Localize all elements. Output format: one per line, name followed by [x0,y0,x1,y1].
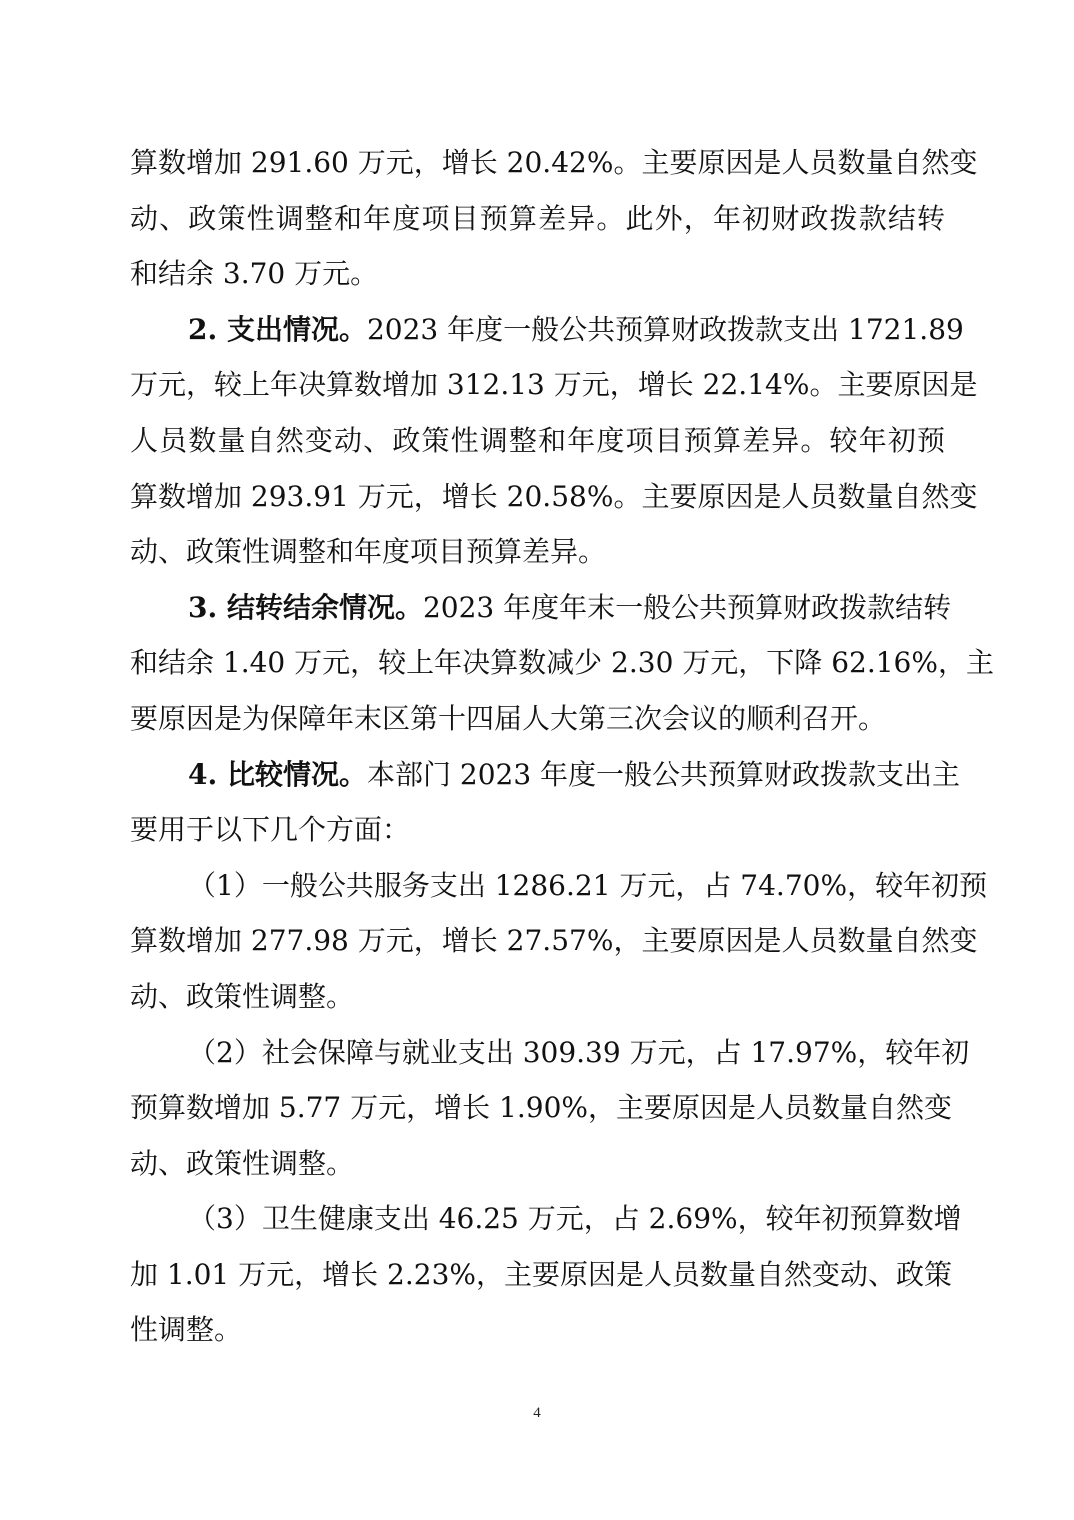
text-line: 3. 结转结余情况。2023 年度年末一般公共预算财政拨款结转 [130,580,945,636]
text-line: 2. 支出情况。2023 年度一般公共预算财政拨款支出 1721.89 [130,302,945,358]
text-line: 动、政策性调整。 [130,1136,945,1192]
text-line: 动、政策性调整和年度项目预算差异。此外，年初财政拨款结转 [130,191,945,247]
text-run: 2023 年度一般公共预算财政拨款支出 1721.89 [367,313,964,346]
text-line: 要用于以下几个方面： [130,802,945,858]
text-line: 预算数增加 5.77 万元，增长 1.90%，主要原因是人员数量自然变 [130,1080,945,1136]
paragraph-carryover: 3. 结转结余情况。2023 年度年末一般公共预算财政拨款结转 和结余 1.40… [130,580,945,747]
text-line: 和结余 1.40 万元，较上年决算数减少 2.30 万元，下降 62.16%，主 [130,635,945,691]
text-line: 加 1.01 万元，增长 2.23%，主要原因是人员数量自然变动、政策 [130,1247,945,1303]
text-run: 2023 年度年末一般公共预算财政拨款结转 [423,591,951,624]
text-line: 人员数量自然变动、政策性调整和年度项目预算差异。较年初预 [130,413,945,469]
list-item-general-public-services: （1）一般公共服务支出 1286.21 万元，占 74.70%，较年初预 算数增… [130,858,945,1025]
text-line: 和结余 3.70 万元。 [130,246,945,302]
list-item-social-security: （2）社会保障与就业支出 309.39 万元，占 17.97%，较年初 预算数增… [130,1025,945,1192]
text-line: 4. 比较情况。本部门 2023 年度一般公共预算财政拨款支出主 [130,747,945,803]
document-page: 算数增加 291.60 万元，增长 20.42%。主要原因是人员数量自然变 动、… [0,0,1074,1520]
text-line: 要原因是为保障年末区第十四届人大第三次会议的顺利召开。 [130,691,945,747]
text-line: 算数增加 277.98 万元，增长 27.57%，主要原因是人员数量自然变 [130,913,945,969]
text-line: 算数增加 293.91 万元，增长 20.58%。主要原因是人员数量自然变 [130,469,945,525]
paragraph-expenditure: 2. 支出情况。2023 年度一般公共预算财政拨款支出 1721.89 万元，较… [130,302,945,580]
text-line: 动、政策性调整和年度项目预算差异。 [130,524,945,580]
text-line: 性调整。 [130,1302,945,1358]
text-line: 动、政策性调整。 [130,969,945,1025]
page-number: 4 [0,1405,1074,1422]
text-line: （2）社会保障与就业支出 309.39 万元，占 17.97%，较年初 [130,1025,945,1081]
section-heading: 2. 支出情况。 [188,313,367,346]
paragraph-comparison: 4. 比较情况。本部门 2023 年度一般公共预算财政拨款支出主 要用于以下几个… [130,747,945,858]
text-line: （3）卫生健康支出 46.25 万元，占 2.69%，较年初预算数增 [130,1191,945,1247]
list-item-health: （3）卫生健康支出 46.25 万元，占 2.69%，较年初预算数增 加 1.0… [130,1191,945,1358]
text-line: （1）一般公共服务支出 1286.21 万元，占 74.70%，较年初预 [130,858,945,914]
section-heading: 4. 比较情况。 [188,758,367,791]
paragraph-revenue-continued: 算数增加 291.60 万元，增长 20.42%。主要原因是人员数量自然变 动、… [130,135,945,302]
text-run: 本部门 2023 年度一般公共预算财政拨款支出主 [367,758,960,791]
body-text: 算数增加 291.60 万元，增长 20.42%。主要原因是人员数量自然变 动、… [130,135,945,1358]
text-line: 算数增加 291.60 万元，增长 20.42%。主要原因是人员数量自然变 [130,135,945,191]
text-line: 万元，较上年决算数增加 312.13 万元，增长 22.14%。主要原因是 [130,357,945,413]
section-heading: 3. 结转结余情况。 [188,591,423,624]
